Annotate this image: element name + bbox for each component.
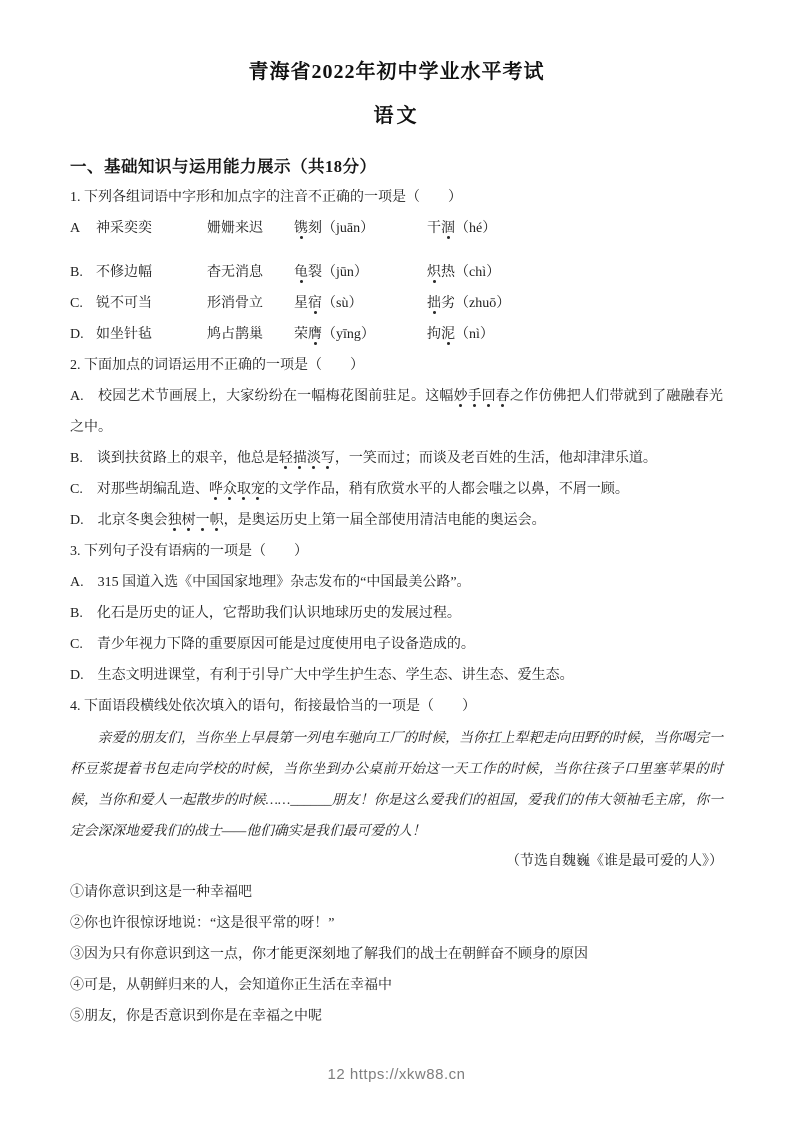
q1-stem: 1. 下列各组词语中字形和加点字的注音不正确的一项是（ ）	[70, 182, 723, 213]
q3-option-c: C. 青少年视力下降的重要原因可能是过度使用电子设备造成的。	[70, 629, 723, 660]
q1-row-c-word-3: 星宿（sù）	[294, 288, 427, 319]
q4-sentence-2: ②你也许很惊讶地说：“这是很平常的呀！”	[70, 908, 723, 939]
q1-row-c: C. 锐不可当 形消骨立 星宿（sù） 拙劣（zhuō）	[70, 288, 723, 319]
q1-row-d-word-4: 拘泥（nì）	[427, 319, 723, 350]
q2-option-a: A. 校园艺术节画展上，大家纷纷在一幅梅花图前驻足。这幅妙手回春之作仿佛把人们带…	[70, 381, 723, 443]
q4-stem: 4. 下面语段横线处依次填入的语句，衔接最恰当的一项是（ ）	[70, 691, 723, 722]
q2-option-c: C. 对那些胡编乱造、哗众取宠的文学作品，稍有欣赏水平的人都会嗤之以鼻，不屑一顾…	[70, 474, 723, 505]
watermark-footer: 12 https://xkw88.cn	[0, 1066, 793, 1083]
exam-subject: 语文	[70, 102, 723, 130]
q2-option-b: B. 谈到扶贫路上的艰辛，他总是轻描淡写，一笑而过；而谈及老百姓的生活，他却津津…	[70, 443, 723, 474]
q3-option-a: A. 315 国道入选《中国国家地理》杂志发布的“中国最美公路”。	[70, 567, 723, 598]
exam-paper-page: 青海省2022年初中学业水平考试 语文 一、基础知识与运用能力展示（共18分） …	[0, 0, 793, 1122]
q2-option-d: D. 北京冬奥会独树一帜，是奥运历史上第一届全部使用清洁电能的奥运会。	[70, 505, 723, 536]
q1-row-a: A 神采奕奕 姗姗来迟 镌刻（juān） 干涸（hé）	[70, 213, 723, 244]
q1-row-b-label: B.	[70, 257, 96, 288]
section-1-heading: 一、基础知识与运用能力展示（共18分）	[70, 152, 723, 182]
q4-sentence-1: ①请你意识到这是一种幸福吧	[70, 877, 723, 908]
q1-row-a-word-4: 干涸（hé）	[427, 213, 723, 244]
q1-row-b-word-2: 杳无消息	[207, 257, 294, 288]
q3-stem: 3. 下列句子没有语病的一项是（ ）	[70, 536, 723, 567]
q1-row-b: B. 不修边幅 杳无消息 龟裂（jūn） 炽热（chì）	[70, 257, 723, 288]
q1-row-c-word-4: 拙劣（zhuō）	[427, 288, 723, 319]
q3-option-b: B. 化石是历史的证人，它帮助我们认识地球历史的发展过程。	[70, 598, 723, 629]
q1-row-a-word-2: 姗姗来迟	[207, 213, 294, 244]
q1-row-a-label: A	[70, 213, 96, 244]
q4-sentence-3: ③因为只有你意识到这一点，你才能更深刻地了解我们的战士在朝鲜奋不顾身的原因	[70, 939, 723, 970]
q1-row-c-word-1: 锐不可当	[96, 288, 207, 319]
q1-row-c-word-2: 形消骨立	[207, 288, 294, 319]
q1-row-c-label: C.	[70, 288, 96, 319]
q1-row-b-word-4: 炽热（chì）	[427, 257, 723, 288]
exam-title: 青海省2022年初中学业水平考试	[70, 58, 723, 86]
q4-passage-attribution: （节选自魏巍《谁是最可爱的人》）	[70, 846, 723, 877]
q4-sentence-4: ④可是，从朝鲜归来的人，会知道你正生活在幸福中	[70, 970, 723, 1001]
q2-stem: 2. 下面加点的词语运用不正确的一项是（ ）	[70, 350, 723, 381]
q4-sentence-5: ⑤朋友，你是否意识到你是在幸福之中呢	[70, 1001, 723, 1032]
q4-passage: 亲爱的朋友们，当你坐上早晨第一列电车驰向工厂的时候，当你扛上犁耙走向田野的时候，…	[70, 722, 723, 846]
q1-row-d-word-2: 鸠占鹊巢	[207, 319, 294, 350]
q1-row-d-word-3: 荣膺（yīng）	[294, 319, 427, 350]
q1-row-a-word-3: 镌刻（juān）	[294, 213, 427, 244]
q1-row-a-word-1: 神采奕奕	[96, 213, 207, 244]
q1-row-b-word-3: 龟裂（jūn）	[294, 257, 427, 288]
q1-row-d-word-1: 如坐针毡	[96, 319, 207, 350]
q3-option-d: D. 生态文明进课堂，有利于引导广大中学生护生态、学生态、讲生态、爱生态。	[70, 660, 723, 691]
q1-row-b-word-1: 不修边幅	[96, 257, 207, 288]
q1-row-d-label: D.	[70, 319, 96, 350]
q1-row-d: D. 如坐针毡 鸠占鹊巢 荣膺（yīng） 拘泥（nì）	[70, 319, 723, 350]
